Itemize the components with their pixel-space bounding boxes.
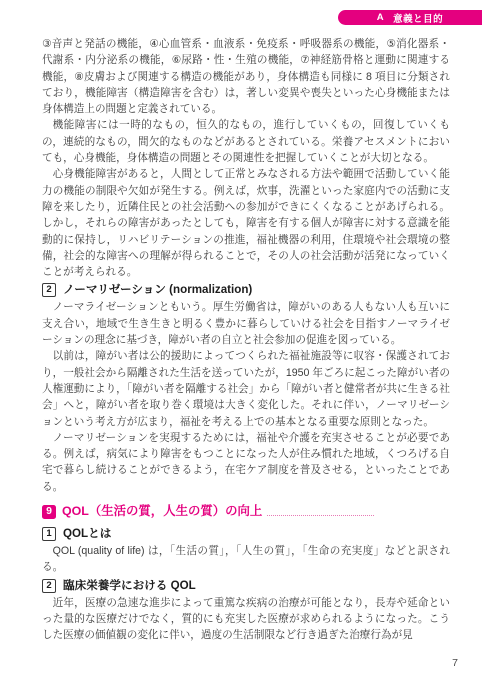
paragraph: ノーマリゼーションを実現するためには，福祉や介護を充実させることが必要である。例… — [42, 430, 450, 495]
paragraph: ノーマライゼーションともいう。厚生労働省は，障がいのある人もない人も互いに支え合… — [42, 299, 450, 348]
chapter-tab-title: 意義と目的 — [393, 11, 443, 25]
chapter-tab-letter: A — [377, 12, 384, 23]
paragraph: ③音声と発話の機能，④心血管系・血液系・免疫系・呼吸器系の機能，⑤消化器系・代謝… — [42, 36, 450, 117]
paragraph: 近年，医療の急速な進歩によって重篤な疾病の治療が可能となり，長寿や延命といった量… — [42, 595, 450, 644]
paragraph: 心身機能障害があると，人間として正常とみなされる方法や範囲で活動していく能力の機… — [42, 166, 450, 280]
page-body: ③音声と発話の機能，④心血管系・血液系・免疫系・呼吸器系の機能，⑤消化器系・代謝… — [42, 36, 450, 644]
subsection-heading-normalization: 2 ノーマリゼーション (normalization) — [42, 282, 450, 298]
section-number-badge: 9 — [42, 505, 56, 519]
subsection-number-box: 1 — [42, 527, 56, 541]
chapter-tab: A 意義と目的 — [338, 10, 482, 25]
subsection-number-box: 2 — [42, 579, 56, 593]
section-heading-qol: 9 QOL（生活の質，人生の質）の向上 — [42, 503, 374, 520]
subsection-title: ノーマリゼーション (normalization) — [63, 282, 252, 298]
subsection-heading-rinsho-qol: 2 臨床栄養学における QOL — [42, 578, 450, 594]
paragraph: 以前は，障がい者は公的援助によってつくられた福祉施設等に収容・保護されており，一… — [42, 348, 450, 429]
section-title: QOL（生活の質，人生の質）の向上 — [62, 503, 262, 520]
subsection-number-box: 2 — [42, 283, 56, 297]
page-number: 7 — [452, 657, 458, 669]
subsection-title: 臨床栄養学における QOL — [63, 578, 196, 594]
subsection-title: QOLとは — [63, 526, 111, 542]
subsection-heading-qol-toha: 1 QOLとは — [42, 526, 450, 542]
paragraph: 機能障害には一時的なもの，恒久的なもの，進行していくもの，回復していくもの，連続… — [42, 117, 450, 166]
paragraph: QOL (quality of life) は，「生活の質」，「人生の質」，「生… — [42, 543, 450, 576]
dotted-leader — [267, 514, 374, 516]
